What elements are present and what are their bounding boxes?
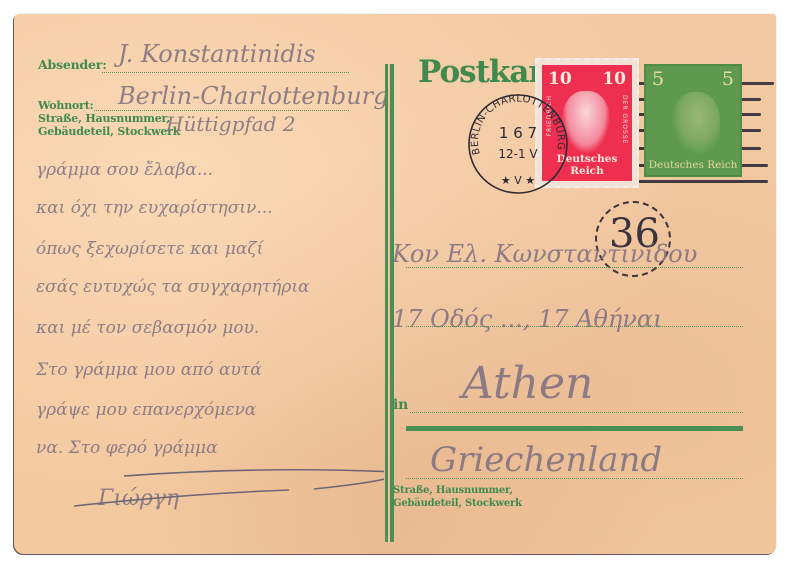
svg-text:★ V ★: ★ V ★ xyxy=(501,174,535,187)
street-label-1: Straße, Hausnummer, xyxy=(38,112,170,125)
portrait-icon xyxy=(672,92,720,154)
wohnort-label: Wohnort: xyxy=(38,99,93,112)
country-rule xyxy=(406,478,743,479)
stamp-5-pfennig: 5 5 Deutsches Reich xyxy=(644,64,742,177)
message-line: και όχι την ευχαρίστησιν... xyxy=(36,198,273,218)
street-handwriting: Hüttigpfad 2 xyxy=(166,112,296,136)
postmark: BERLIN-CHARLOTTENBURG 1 6 7 12-1 V ★ V ★ xyxy=(466,92,570,196)
message-line: και μέ τον σεβασμόν μου. xyxy=(36,318,259,338)
street-label-2: Gebäudeteil, Stockwerk xyxy=(38,125,180,138)
wohnort-line xyxy=(94,110,349,111)
wohnort-handwriting: Berlin-Charlottenburg xyxy=(118,82,389,110)
address-line-2-rule xyxy=(406,326,743,327)
address-street-label-1: Straße, Hausnummer, xyxy=(393,484,513,497)
city-rule xyxy=(410,412,743,413)
address-line-1-rule xyxy=(406,267,743,268)
message-line: γράψε μου επανερχόμενα xyxy=(36,400,256,420)
city-underline xyxy=(406,426,743,431)
message-line: γράμμα σου ἔλαβα... xyxy=(36,160,213,180)
message-line: Στο γράμμα μου από αυτά xyxy=(36,360,262,380)
city-handwriting: Athen xyxy=(462,358,593,409)
country-handwriting: Griechenland xyxy=(430,440,662,480)
postcard: Absender: J. Konstantinidis Wohnort: Ber… xyxy=(14,14,776,554)
message-line: εσάς ευτυχώς τα συγχαρητήρια xyxy=(36,277,310,297)
signature-flourish xyxy=(64,454,384,524)
absender-line xyxy=(102,72,349,73)
address-line-2: 17 Οδός ..., 17 Αθήναι xyxy=(392,305,663,333)
absender-label: Absender: xyxy=(38,58,107,71)
message-line: όπως ξεχωρίσετε και μαζί xyxy=(36,239,263,259)
svg-text:12-1 V: 12-1 V xyxy=(498,147,538,161)
svg-text:1 6 7: 1 6 7 xyxy=(499,124,537,142)
address-street-label-2: Gebäudeteil, Stockwerk xyxy=(393,497,522,510)
vertical-divider xyxy=(385,64,394,542)
in-label: in xyxy=(393,399,408,412)
address-line-1: Κον Ελ. Κωνσταντινίδου xyxy=(392,240,697,268)
absender-handwriting: J. Konstantinidis xyxy=(118,40,316,68)
